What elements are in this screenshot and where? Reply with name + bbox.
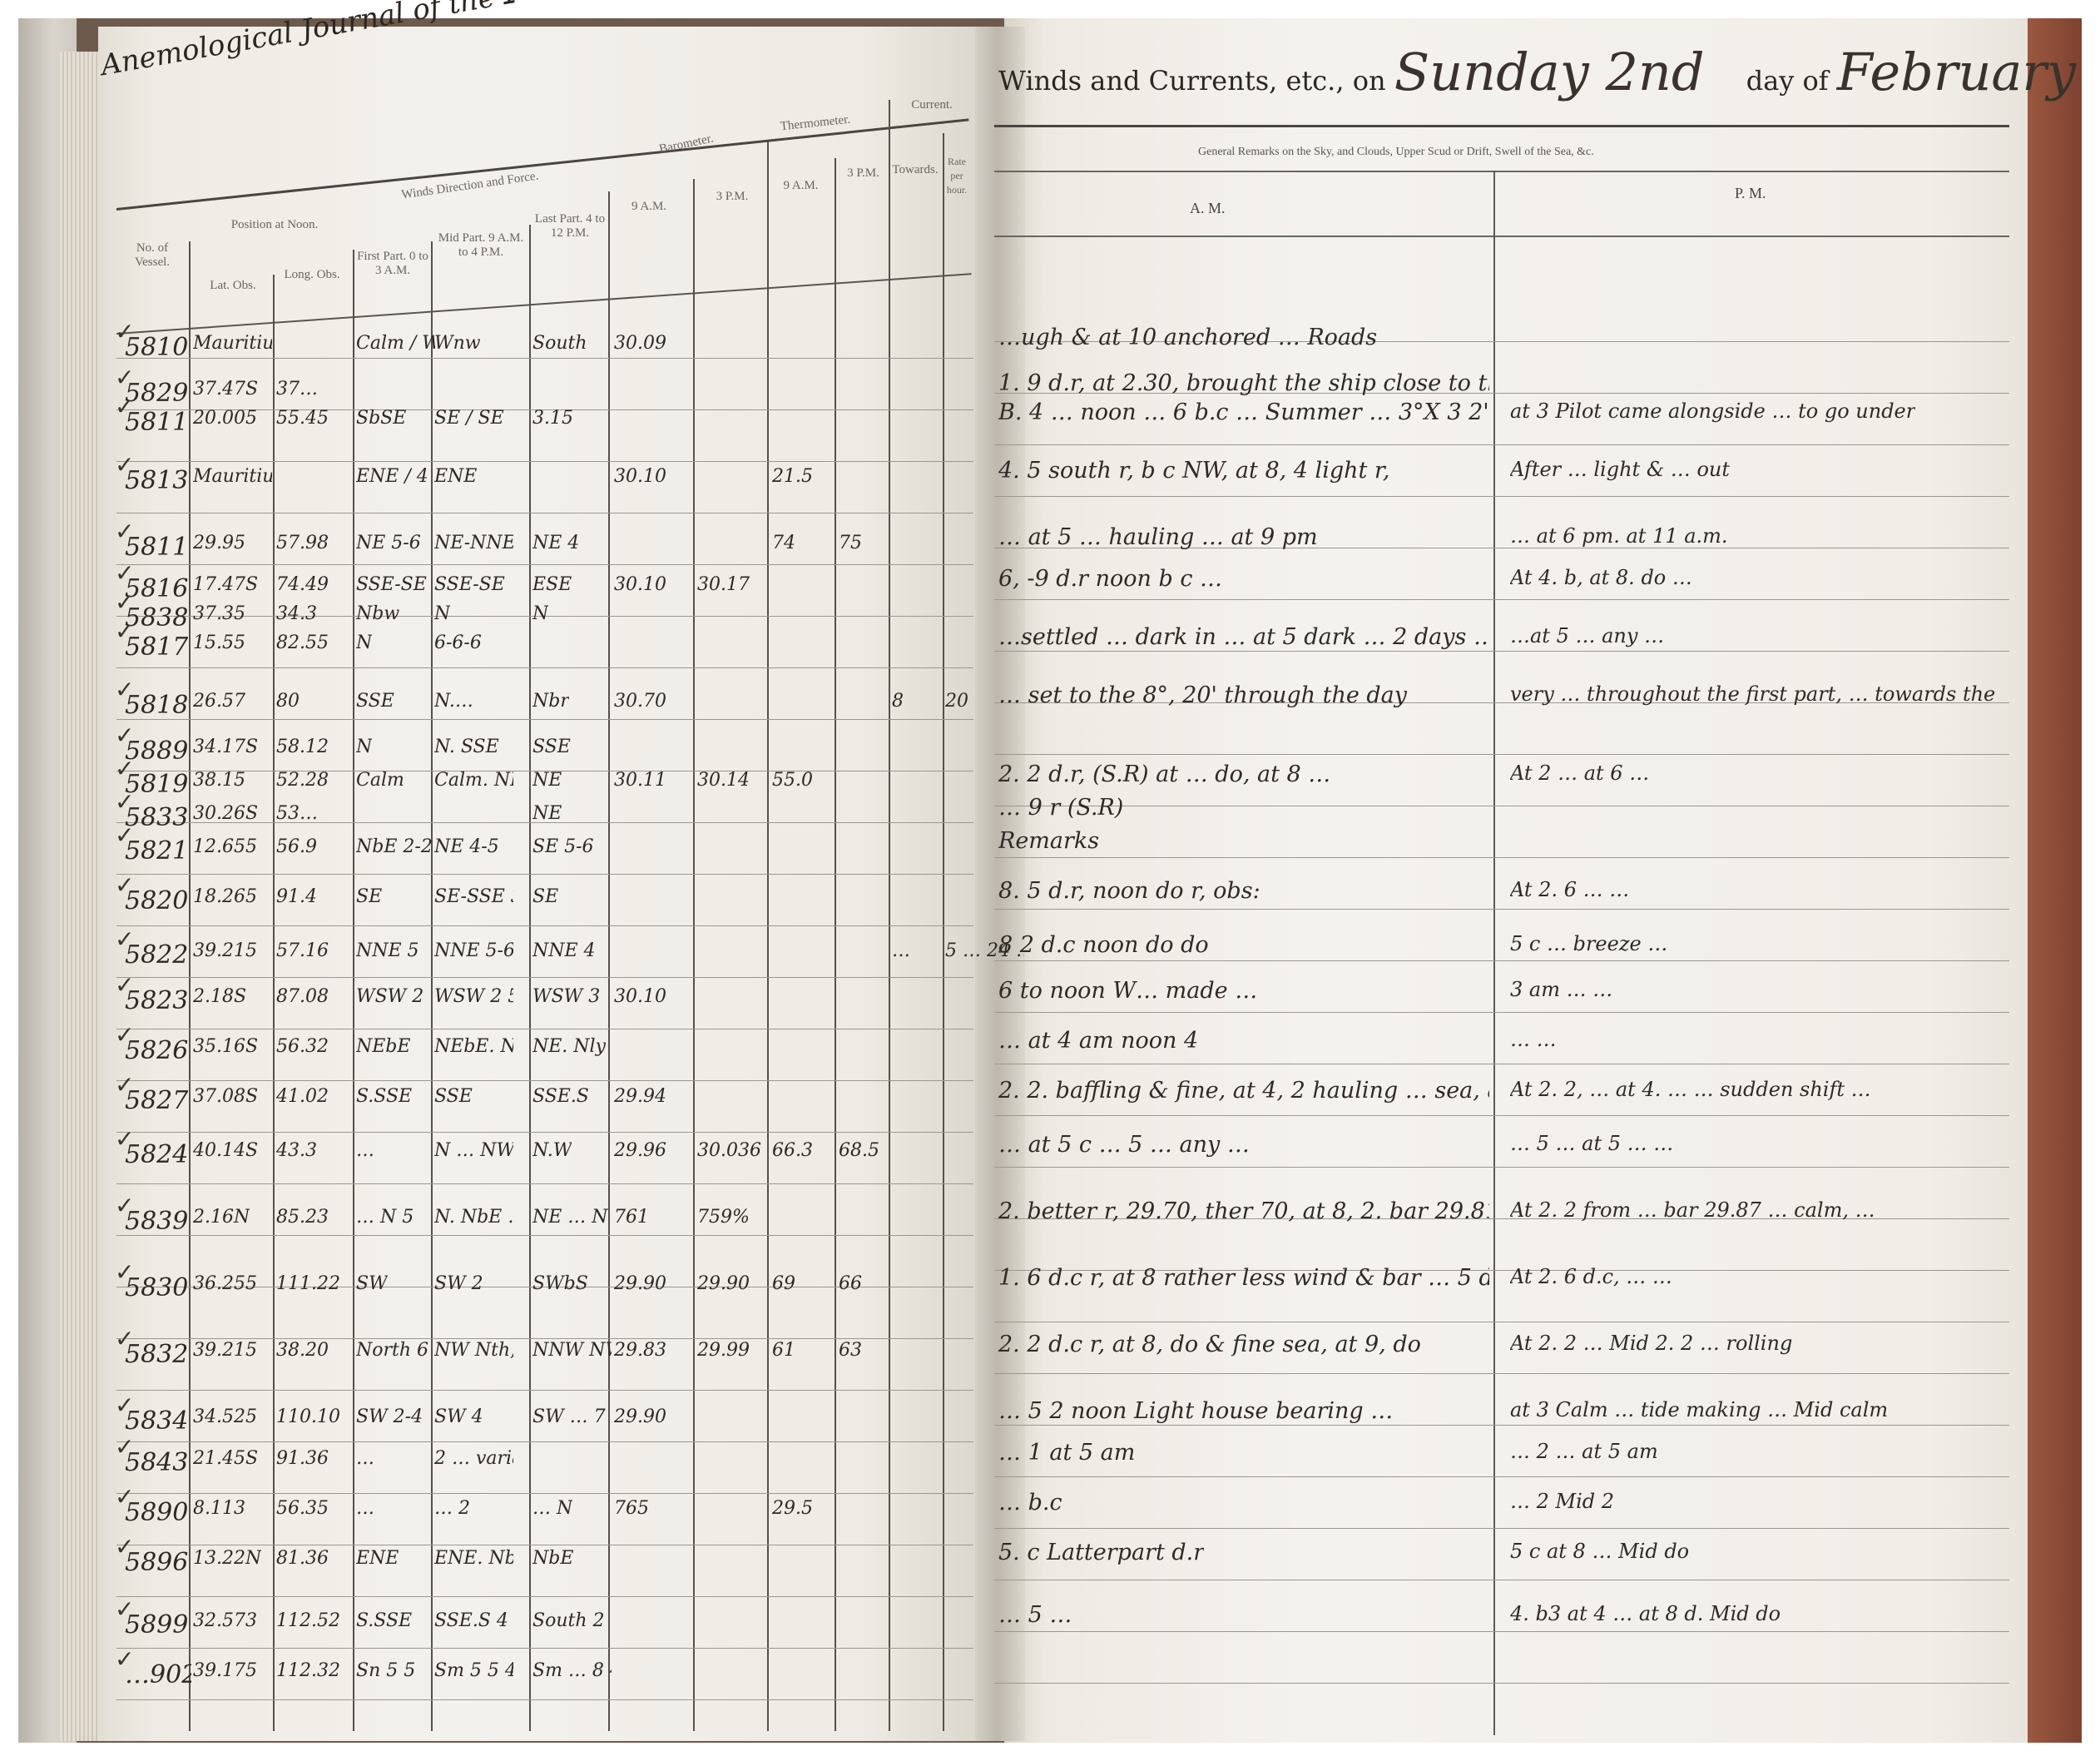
pm-remark: At 2. 2 … Mid 2. 2 … rolling [1510, 1332, 1792, 1355]
cell-baro-am: 765 [614, 1498, 649, 1519]
ruled-line [994, 1528, 2009, 1529]
ruled-line [116, 1648, 973, 1649]
cell-mid: SSE.S 4 2 [434, 1610, 513, 1631]
cell-long: 111.22 [276, 1273, 340, 1294]
ruled-line [994, 754, 2009, 755]
pm-remark: … 5 … at 5 … … [1510, 1132, 1673, 1155]
cell-lat: 37.35 [193, 603, 245, 624]
cell-therm-am: 29.5 [772, 1498, 813, 1519]
pm-remark: … at 6 pm. at 11 a.m. [1510, 524, 1728, 548]
pm-remark: At 2. 2, … at 4. … … sudden shift … [1510, 1078, 1871, 1101]
ruled-line [994, 857, 2009, 858]
col-rate: Rate per hour. [940, 155, 973, 197]
cell-last: NE … N [532, 1207, 608, 1228]
ruled-line [994, 960, 2009, 961]
cell-therm-am: 21.5 [772, 466, 813, 487]
am-remark: 1. 9 d.r, at 2.30, brought the ship clos… [998, 370, 1489, 396]
cell-lat: 34.17S [193, 737, 258, 757]
ruled-line [116, 1699, 973, 1700]
ruled-line [994, 1631, 2009, 1632]
cell-long: 80 [276, 691, 300, 712]
cell-first: NE 5-6 [356, 533, 421, 553]
cell-baro-am: 761 [614, 1207, 649, 1228]
ruled-line [116, 1132, 973, 1133]
check-mark-icon: ✓ [115, 1071, 134, 1099]
cell-lat: 34.525 [193, 1406, 257, 1427]
cell-last: Nbr [532, 691, 569, 712]
cell-last: … N [532, 1498, 572, 1519]
am-remark: … at 5 … hauling … at 9 pm [998, 524, 1318, 550]
pm-remark: At 2. 6 d.c, … … [1510, 1265, 1672, 1288]
check-mark-icon: ✓ [115, 618, 134, 645]
col-rule [608, 191, 610, 1731]
ruled-line [116, 358, 973, 359]
ruled-line [116, 1545, 973, 1545]
cell-last: SW … 7 [532, 1406, 606, 1427]
cell-last: SE [532, 886, 558, 907]
ruled-line [116, 461, 973, 462]
cell-mid: … 2 [434, 1498, 470, 1519]
cell-baro-am: 30.11 [614, 770, 666, 791]
cell-mid: Wnw [434, 333, 481, 354]
col-towards: Towards. [882, 163, 948, 177]
am-remark: … 1 at 5 am [998, 1440, 1135, 1466]
cell-long: 41.02 [276, 1086, 329, 1107]
col-rule [431, 241, 433, 1731]
cell-last: ESE [532, 574, 572, 595]
am-pm-divider [1493, 171, 1495, 1735]
cell-lat: 39.215 [193, 940, 257, 961]
remarks-header: General Remarks on the Sky, and Clouds, … [1198, 146, 1594, 159]
col-rule [189, 241, 191, 1731]
pm-remark: 5 c at 8 … Mid do [1510, 1540, 1689, 1563]
ruled-line [116, 564, 973, 565]
check-mark-icon: ✓ [115, 971, 134, 999]
ruled-line [116, 1596, 973, 1597]
check-mark-icon: ✓ [115, 821, 134, 849]
pm-remark: at 3 Calm … tide making … Mid calm [1510, 1398, 1888, 1421]
cell-mid: SSE [434, 1086, 473, 1107]
pm-remark: 3 am … … [1510, 978, 1612, 1001]
cell-long: 91.36 [276, 1448, 329, 1469]
heading-month: February [1837, 42, 2076, 102]
check-mark-icon: ✓ [115, 1433, 134, 1461]
cell-last: SSE [532, 737, 571, 757]
cell-baro-am: 30.09 [614, 333, 666, 354]
am-remark: … 5 … [998, 1602, 1072, 1628]
cell-lat: 29.95 [193, 533, 245, 553]
header-rule [994, 125, 2009, 127]
cell-therm-am: 61 [772, 1340, 795, 1361]
cell-last: SWbS [532, 1273, 588, 1294]
check-mark-icon: ✓ [115, 1192, 134, 1219]
am-remark: B. 4 … noon … 6 b.c … Summer … 3°X 3 2' [998, 399, 1489, 425]
cell-first: … N 5 [356, 1207, 414, 1228]
check-mark-icon: ✓ [115, 559, 134, 587]
title-prefix: Anemological Journal of the [98, 0, 498, 82]
cell-first: N [356, 632, 372, 653]
cell-mid: NW Nth, NW NW 3-6 [434, 1340, 513, 1361]
cell-last: Sm … 8 4 [532, 1660, 612, 1681]
cell-lat: 21.45S [193, 1448, 258, 1469]
cell-lat: 40.14S [193, 1140, 258, 1161]
cell-last: NE. Nly [532, 1036, 606, 1057]
check-mark-icon: ✓ [115, 1595, 134, 1623]
cell-mid: 6-6-6 [434, 632, 482, 653]
cell-baro-am: 30.10 [614, 466, 666, 487]
cell-last: NNW NW 7 [532, 1340, 612, 1361]
check-mark-icon: ✓ [115, 518, 134, 545]
col-rule [529, 225, 531, 1731]
ruled-line [116, 1080, 973, 1081]
check-mark-icon: ✓ [115, 1645, 134, 1673]
ruled-line [116, 1183, 973, 1184]
ruled-line [116, 874, 973, 875]
check-mark-icon: ✓ [115, 393, 134, 420]
cell-baro-pm: 30.036 [697, 1140, 761, 1161]
ruled-line [116, 977, 973, 978]
cell-lat: 2.16N [193, 1207, 250, 1228]
cell-lat: 15.55 [193, 632, 245, 653]
cell-first: NEbE [356, 1036, 410, 1057]
cell-long: 112.52 [276, 1610, 340, 1631]
cell-baro-am: 29.96 [614, 1140, 666, 1161]
cell-lat: 20.005 [193, 408, 257, 429]
cell-long: 110.10 [276, 1406, 340, 1427]
check-mark-icon: ✓ [115, 1533, 134, 1560]
cell-vessel: …902 [125, 1660, 191, 1689]
pm-remark: At 2. 6 … … [1510, 878, 1629, 901]
cell-mid: NE 4-5 [434, 836, 499, 857]
ruled-line [994, 444, 2009, 445]
pm-remark: … 2 Mid 2 [1510, 1490, 1614, 1513]
cell-first: WSW 2 [356, 986, 423, 1007]
cell-long: 52.28 [276, 770, 329, 791]
cell-lat: 37.47S [193, 379, 258, 399]
am-remark: 6 to noon W… made … [998, 978, 1257, 1004]
ruled-line [994, 909, 2009, 910]
cell-towards: 8 [892, 691, 904, 712]
pm-remark: very … throughout the first part, … towa… [1510, 682, 2001, 706]
col-baro-pm: 3 P.M. [699, 190, 765, 204]
cell-mid: N. NbE … N 5 [434, 1207, 513, 1228]
am-remark: …ugh & at 10 anchored … Roads [998, 325, 1377, 350]
cell-long: 87.08 [276, 986, 329, 1007]
ruled-line [994, 496, 2009, 497]
cell-long: 53… [276, 803, 318, 824]
cell-towards: … [892, 940, 910, 961]
cell-lat: 2.18S [193, 986, 246, 1007]
cell-lat: 30.26S [193, 803, 258, 824]
cell-first: S.SSE [356, 1086, 412, 1107]
ruled-line [994, 1064, 2009, 1064]
cell-last: South 2 [532, 1610, 605, 1631]
ruled-line [994, 599, 2009, 600]
am-remark: 8 2 d.c noon do do [998, 932, 1209, 958]
am-remark: … at 5 c … 5 … any … [998, 1132, 1250, 1158]
ruled-line [116, 1338, 973, 1339]
cell-first: SE [356, 886, 382, 907]
cell-first: Calm / W [356, 333, 435, 354]
ruled-line [994, 1476, 2009, 1477]
cell-first: … [356, 1140, 374, 1161]
ruled-line [994, 1012, 2009, 1013]
ruled-line [116, 1235, 973, 1236]
cell-therm-pm: 68.5 [839, 1140, 879, 1161]
cell-therm-am: 74 [772, 533, 795, 553]
cell-long: 38.20 [276, 1340, 329, 1361]
check-mark-icon: ✓ [115, 1325, 134, 1352]
am-remark: … set to the 8°, 20' through the day [998, 682, 1407, 708]
cell-therm-pm: 66 [839, 1273, 862, 1294]
cell-last: NbE [532, 1548, 573, 1569]
cell-lat: 39.175 [193, 1660, 257, 1681]
ruled-line [116, 667, 973, 668]
cell-lat: 39.215 [193, 1340, 257, 1361]
ruled-line [994, 1580, 2009, 1580]
pm-remark: At 2. 2 from … bar 29.87 … calm, … [1510, 1198, 1875, 1222]
heading-day: Sunday 2nd [1394, 42, 1705, 102]
check-mark-icon: ✓ [115, 364, 134, 391]
cell-baro-pm: 30.14 [697, 770, 750, 791]
cell-mid: N. SSE [434, 737, 499, 757]
ruled-line [994, 806, 2009, 806]
am-remark: …settled … dark in … at 5 dark … 2 days … [998, 624, 1489, 650]
cell-mid: NE-NNE 4 [434, 533, 513, 553]
cell-lat: Mauritius [193, 333, 272, 354]
col-vessel: No. of Vessel. [123, 241, 181, 270]
cell-lat: 13.22N [193, 1548, 261, 1569]
ruled-line [116, 1493, 973, 1494]
cell-baro-pm: 30.17 [697, 574, 750, 595]
cell-lat: 35.16S [193, 1036, 258, 1057]
cell-first: Nbw [356, 603, 399, 624]
cell-long: 112.32 [276, 1660, 340, 1681]
cell-baro-pm: 759% [697, 1207, 750, 1228]
ruled-line [116, 1390, 973, 1391]
ruled-line [116, 925, 973, 926]
cell-first: SbSE [356, 408, 406, 429]
cell-last: NE 4 [532, 533, 579, 553]
cell-lat: 37.08S [193, 1086, 258, 1107]
pm-remark: 4. b3 at 4 … at 8 d. Mid do [1510, 1602, 1781, 1625]
cell-mid: SW 2 [434, 1273, 483, 1294]
check-mark-icon: ✓ [115, 1125, 134, 1153]
cell-long: 56.32 [276, 1036, 329, 1057]
cell-mid: WSW 2 5 [434, 986, 513, 1007]
cell-long: 55.45 [276, 408, 329, 429]
check-mark-icon: ✓ [115, 451, 134, 479]
col-first-part: First Part. 0 to 3 A.M. [356, 250, 429, 278]
cell-mid: N.… [434, 691, 473, 712]
cell-first: North 6 [356, 1340, 428, 1361]
cell-mid: NNE 5-6 [434, 940, 513, 961]
cell-long: 34.3 [276, 603, 317, 624]
pm-remark: 5 c … breeze … [1510, 932, 1667, 955]
check-mark-icon: ✓ [115, 1021, 134, 1049]
cell-long: 82.55 [276, 632, 329, 653]
pm-remark: At 4. b, at 8. do … [1510, 566, 1692, 589]
title-society: Mauritius Meteorological Society [498, 0, 1305, 15]
ruled-line [994, 1373, 2009, 1374]
cell-mid: ENE. NbE [434, 1548, 513, 1569]
pm-remark: … 2 … at 5 am [1510, 1440, 1658, 1463]
cell-last: N.W [532, 1140, 572, 1161]
am-remark: 2. 2 d.r, (S.R) at … do, at 8 … [998, 761, 1330, 787]
am-remark: … 9 r (S.R) [998, 795, 1123, 821]
cell-therm-pm: 63 [839, 1340, 862, 1361]
cell-baro-am: 29.94 [614, 1086, 666, 1107]
cell-lat: Mauritius [193, 466, 272, 487]
header-rule [994, 171, 2009, 172]
ruled-line [116, 513, 973, 513]
cell-last: N [532, 603, 548, 624]
check-mark-icon: ✓ [115, 722, 134, 749]
cell-baro-am: 30.10 [614, 986, 666, 1007]
cell-baro-am: 29.83 [614, 1340, 666, 1361]
ruled-line [994, 1115, 2009, 1116]
cell-first: ENE / 4 [356, 466, 428, 487]
pm-remark: at 3 Pilot came alongside … to go under [1510, 399, 1915, 423]
am-remark: 2. 2 d.c r, at 8, do & fine sea, at 9, d… [998, 1332, 1421, 1357]
cell-lat: 38.15 [193, 770, 245, 791]
cell-long: 43.3 [276, 1140, 317, 1161]
pm-label: P. M. [1735, 185, 1766, 202]
cell-first: NNE 5 [356, 940, 419, 961]
group-current: Current. [882, 98, 982, 112]
cell-mid: SW 4 [434, 1406, 483, 1427]
cell-lat: 26.57 [193, 691, 245, 712]
cell-first: Sn 5 5 [356, 1660, 415, 1681]
check-mark-icon: ✓ [115, 318, 134, 345]
cell-baro-pm: 29.99 [697, 1340, 750, 1361]
cell-first: SW [356, 1273, 388, 1294]
check-mark-icon: ✓ [115, 676, 134, 703]
heading-middle: day of [1746, 65, 1829, 97]
col-therm-am: 9 A.M. [770, 179, 832, 193]
check-mark-icon: ✓ [115, 1483, 134, 1510]
cell-mid: SE / SE [434, 408, 504, 429]
cell-baro-pm: 29.90 [697, 1273, 750, 1294]
cell-long: 74.49 [276, 574, 329, 595]
col-rule [889, 100, 890, 1731]
header-rule [994, 236, 2009, 237]
cell-lat: 12.655 [193, 836, 257, 857]
pm-remark: At 2 … at 6 … [1510, 761, 1649, 785]
cell-lat: 36.255 [193, 1273, 257, 1294]
ruled-line [994, 1425, 2009, 1426]
cell-lat: 8.113 [193, 1498, 245, 1519]
am-remark: 4. 5 south r, b c NW, at 8, 4 light r, [998, 458, 1389, 484]
ruled-line [116, 719, 973, 720]
cell-long: 57.98 [276, 533, 329, 553]
cell-long: 57.16 [276, 940, 329, 961]
check-mark-icon: ✓ [115, 871, 134, 899]
cell-therm-am: 55.0 [772, 770, 813, 791]
cell-long: 37… [276, 379, 318, 399]
check-mark-icon: ✓ [115, 788, 134, 816]
cell-mid: N [434, 603, 450, 624]
cell-lat: 32.573 [193, 1610, 257, 1631]
cell-mid: SE-SSE 3-4 [434, 886, 513, 907]
cell-last: NE [532, 770, 562, 791]
cell-long: 56.35 [276, 1498, 329, 1519]
am-remark: 1. 6 d.c r, at 8 rather less wind & bar … [998, 1265, 1489, 1291]
col-rule [693, 179, 695, 1731]
ruled-line [116, 1029, 973, 1029]
col-rule [943, 133, 944, 1731]
col-last-part: Last Part. 4 to 12 P.M. [532, 212, 607, 241]
cell-long: 58.12 [276, 737, 329, 757]
cell-last: SSE.S [532, 1086, 589, 1107]
col-long: Long. Obs. [275, 268, 349, 282]
cell-lat: 17.47S [193, 574, 258, 595]
cell-long: 56.9 [276, 836, 317, 857]
pm-remark: …at 5 … any … [1510, 624, 1664, 647]
cell-last: WSW 3 [532, 986, 600, 1007]
ruled-line [116, 1441, 973, 1442]
cell-mid: NEbE. NE [434, 1036, 513, 1057]
pm-remark: After … light & … out [1510, 458, 1730, 481]
check-mark-icon: ✓ [115, 1258, 134, 1286]
cell-first: NbE 2-2 [356, 836, 433, 857]
cell-last: South [532, 333, 587, 354]
ruled-line [994, 1322, 2009, 1322]
date-heading: Winds and Currents, etc., on Sunday 2nd … [998, 42, 2013, 117]
cell-last: NE [532, 803, 562, 824]
cell-therm-pm: 75 [839, 533, 862, 553]
cell-first: SW 2-4 [356, 1406, 423, 1427]
col-rule [835, 158, 836, 1731]
cell-first: … [356, 1498, 374, 1519]
col-rule [353, 250, 354, 1731]
am-remark: … at 4 am noon 4 [998, 1028, 1198, 1054]
am-remark: 2. better r, 29.70, ther 70, at 8, 2. ba… [998, 1198, 1489, 1224]
cell-last: 3.15 [532, 408, 573, 429]
cell-therm-am: 69 [772, 1273, 795, 1294]
col-baro-am: 9 A.M. [616, 200, 682, 214]
am-remark: 6, -9 d.r noon b c … [998, 566, 1222, 592]
cell-first: … [356, 1448, 374, 1469]
cell-therm-am: 66.3 [772, 1140, 813, 1161]
cell-first: ENE [356, 1548, 399, 1569]
cell-mid: 2 … variable [434, 1448, 513, 1469]
col-lat: Lat. Obs. [196, 279, 270, 293]
cell-last: SE 5-6 [532, 836, 594, 857]
cell-rate: 20 [945, 691, 968, 712]
am-remark: 2. 2. baffling & fine, at 4, 2 hauling …… [998, 1078, 1489, 1104]
am-remark: 5. c Latterpart d.r [998, 1540, 1204, 1565]
cell-lat: 18.265 [193, 886, 257, 907]
cell-baro-am: 29.90 [614, 1406, 666, 1427]
cell-baro-am: 30.70 [614, 691, 666, 712]
cell-baro-am: 29.90 [614, 1273, 666, 1294]
cell-first: S.SSE [356, 1610, 412, 1631]
am-remark: 8. 5 d.r, noon do r, obs: [998, 878, 1260, 904]
cell-mid: SSE-SE [434, 574, 505, 595]
cell-long: 85.23 [276, 1207, 329, 1228]
cell-baro-am: 30.10 [614, 574, 666, 595]
cell-first: SSE [356, 691, 394, 712]
cell-mid: Sm 5 5 4 [434, 1660, 513, 1681]
ruled-line [994, 1683, 2009, 1684]
cell-long: 81.36 [276, 1548, 329, 1569]
cell-mid: ENE [434, 466, 477, 487]
col-mid-part: Mid Part. 9 A.M. to 4 P.M. [434, 231, 527, 260]
ruled-line [994, 1167, 2009, 1168]
cell-first: Calm [356, 770, 404, 791]
cell-mid: Calm. NE [434, 770, 513, 791]
